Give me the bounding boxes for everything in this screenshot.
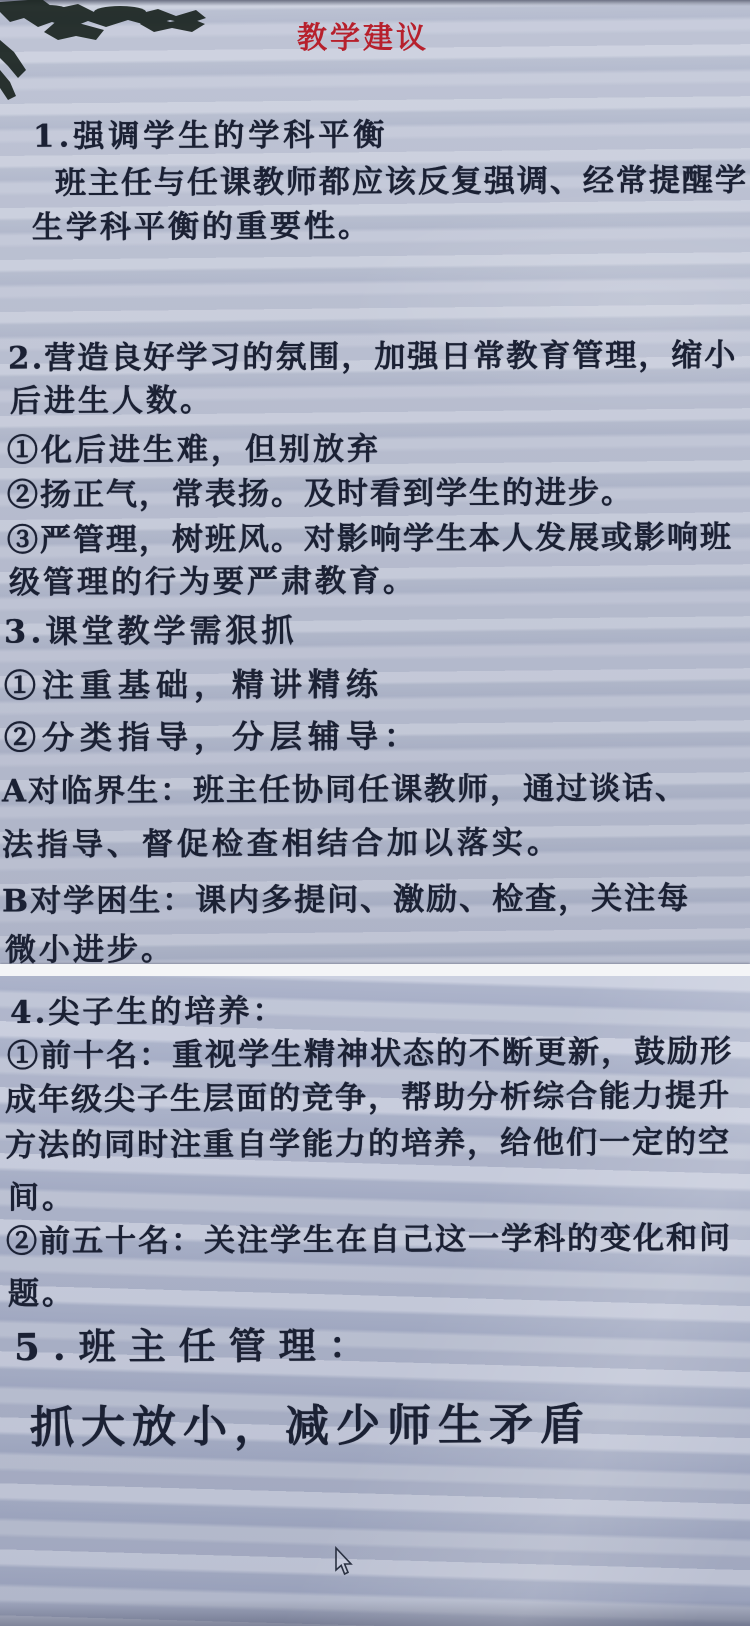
handwritten-line: ②分类指导，分层辅导：	[4, 711, 422, 759]
handwritten-line: 题。	[8, 1268, 76, 1313]
handwritten-line: 成年级尖子生层面的竞争，帮助分析综合能力提升	[5, 1070, 731, 1119]
handwritten-line: 抓大放小，减少师生矛盾	[30, 1389, 591, 1456]
handwritten-line: ③严管理，树班风。对影响学生本人发展或影响班	[7, 511, 733, 559]
handwritten-line: 5.班主任管理：	[14, 1315, 379, 1371]
handwritten-line: ①前十名：重视学生精神状态的不断更新，鼓励形	[7, 1025, 733, 1075]
handwritten-line: ②前五十名：关注学生在自己这一学科的变化和问	[6, 1212, 732, 1261]
handwritten-line: 方法的同时注重自学能力的培养，给他们一定的空	[5, 1116, 731, 1165]
page-title: 教学建议	[0, 13, 738, 57]
handwritten-line: ②扬正气，常表扬。及时看到学生的进步。	[7, 467, 634, 515]
handwritten-line: 后进生人数。	[10, 375, 214, 421]
handwritten-line: ①注重基础，精讲精练	[4, 659, 384, 707]
handwritten-line: 生学科平衡的重要性。	[32, 200, 372, 246]
projected-slide-photo: 教学建议 1.强调学生的学科平衡 班主任与任课教师都应该反复强调、经常提醒学 生…	[0, 0, 750, 1626]
handwritten-line: 班主任与任课教师都应该反复强调、经常提醒学	[55, 154, 748, 202]
handwritten-line: A对临界生：班主任协同任课教师，通过谈话、	[2, 763, 688, 811]
handwritten-line: 间。	[8, 1172, 76, 1217]
handwritten-line: 4.尖子生的培养：	[10, 985, 287, 1032]
handwritten-line: 2.营造良好学习的氛围，加强日常教育管理，缩小	[8, 329, 738, 377]
handwritten-line: B对学困生：课内多提问、激励、检查，关注每	[2, 872, 690, 920]
handwritten-line: 3.课堂教学需狠抓	[4, 605, 298, 652]
handwritten-line: 微小进步。	[5, 924, 175, 970]
handwritten-line: 法指导、督促检查相结合加以落实。	[2, 817, 562, 864]
handwritten-line: 级管理的行为要严肃教育。	[9, 555, 417, 602]
mouse-cursor-icon	[331, 1546, 355, 1578]
handwritten-line: ①化后进生难，但别放弃	[7, 423, 381, 470]
handwritten-line: 1.强调学生的学科平衡	[33, 109, 389, 156]
